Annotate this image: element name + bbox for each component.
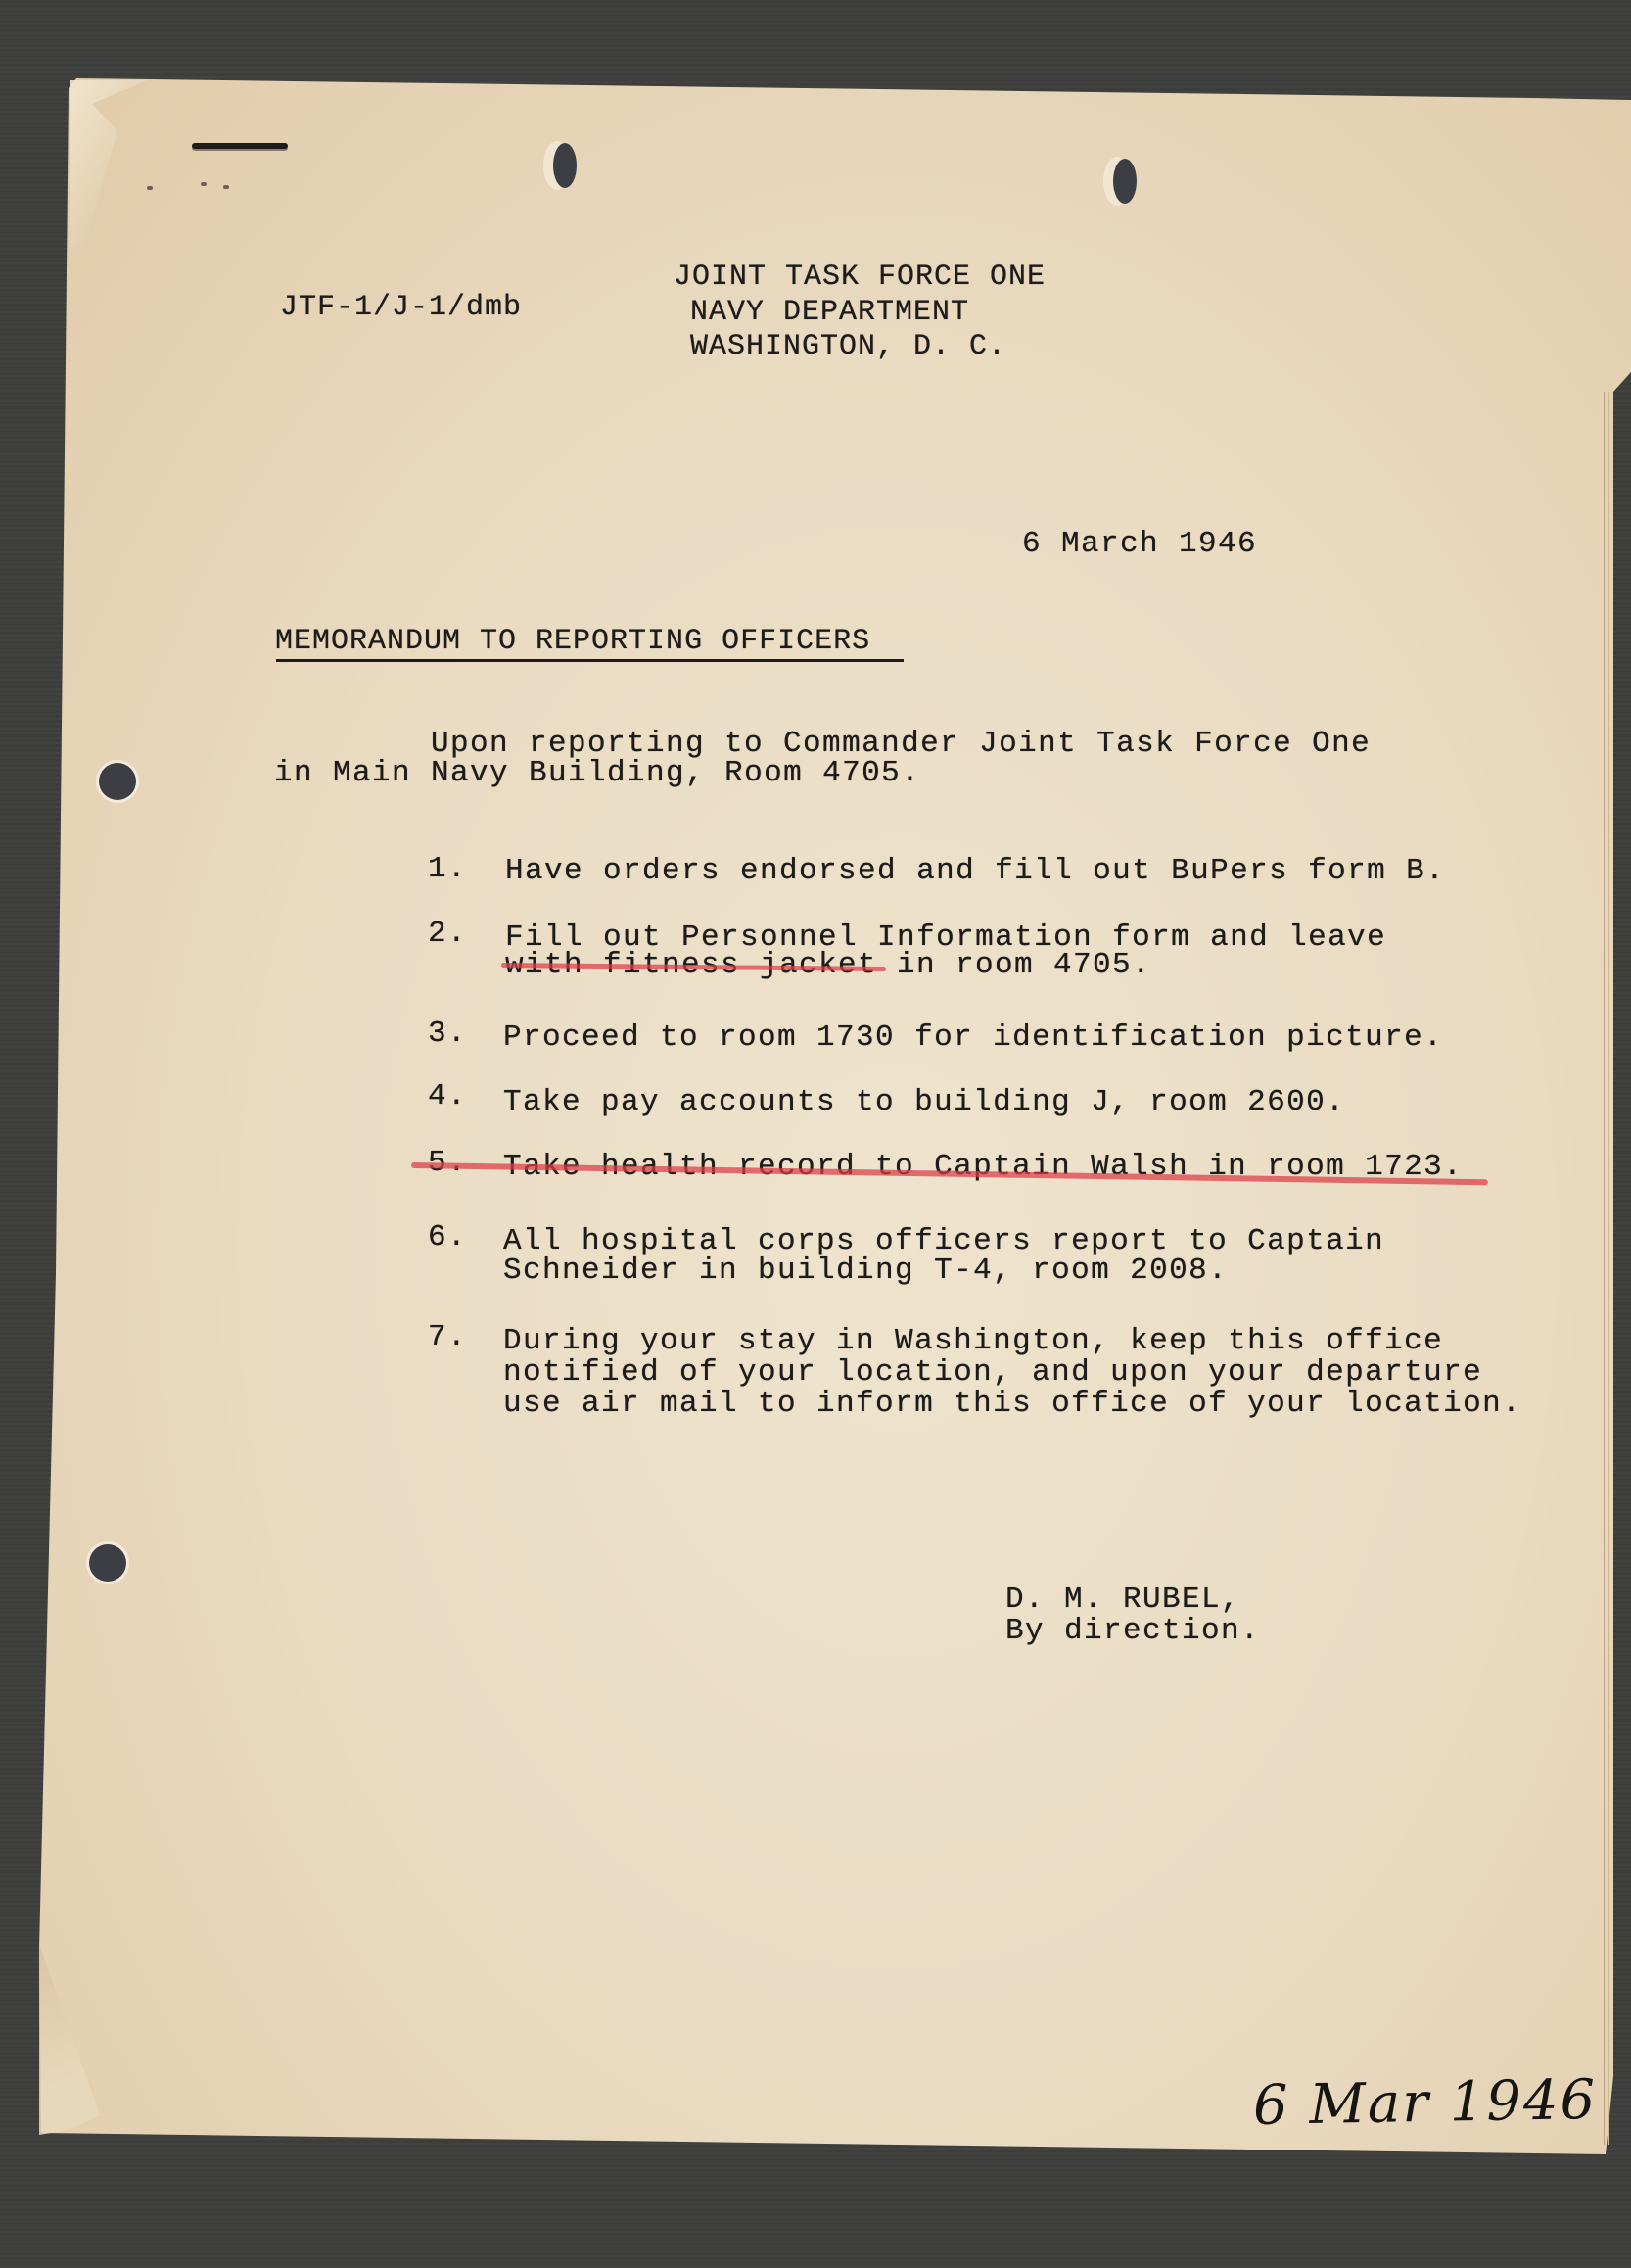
staple-mark	[201, 182, 207, 186]
punch-hole-left-upper	[99, 763, 136, 800]
paper-stack-edge	[1604, 392, 1609, 2145]
staple-icon	[192, 143, 288, 149]
memo-title: MEMORANDUM TO REPORTING OFFICERS	[275, 626, 870, 657]
item-number: 1.	[428, 854, 467, 885]
intro-line-2: in Main Navy Building, Room 4705.	[274, 758, 920, 789]
letterhead-line-1: JOINT TASK FORCE ONE	[674, 261, 1046, 293]
item-number: 6.	[428, 1222, 467, 1253]
memo-date: 6 March 1946	[1022, 529, 1257, 560]
item-text: use air mail to inform this office of yo…	[503, 1389, 1521, 1420]
item-text: in room 4705.	[877, 950, 1151, 981]
item-text: Have orders endorsed and fill out BuPers…	[505, 856, 1445, 887]
signature-line-2: By direction.	[1005, 1616, 1260, 1647]
letterhead-line-2: NAVY DEPARTMENT	[690, 297, 969, 328]
item-number: 4.	[428, 1081, 467, 1112]
staple-mark	[147, 186, 153, 190]
item-number: 7.	[428, 1322, 467, 1353]
reference-code: JTF-1/J-1/dmb	[280, 292, 522, 323]
item-number: 2.	[428, 919, 467, 950]
item-number: 3.	[428, 1018, 467, 1050]
item-text: notified of your location, and upon your…	[503, 1357, 1482, 1389]
title-underline	[276, 659, 904, 662]
punch-hole-left-lower	[89, 1544, 126, 1582]
item-text: Schneider in building T-4, room 2008.	[503, 1255, 1228, 1287]
staple-mark	[223, 185, 229, 189]
punch-hole-top-left	[553, 143, 577, 188]
handwritten-date-note: 6 Mar 1946	[1252, 2068, 1597, 2138]
item-text: During your stay in Washington, keep thi…	[503, 1326, 1443, 1357]
item-text: Take pay accounts to building J, room 26…	[503, 1087, 1345, 1118]
signature-name: D. M. RUBEL,	[1005, 1584, 1240, 1616]
letterhead-line-3: WASHINGTON, D. C.	[690, 331, 1006, 362]
item-text: Proceed to room 1730 for identification …	[503, 1022, 1443, 1054]
punch-hole-top-right	[1113, 159, 1137, 204]
